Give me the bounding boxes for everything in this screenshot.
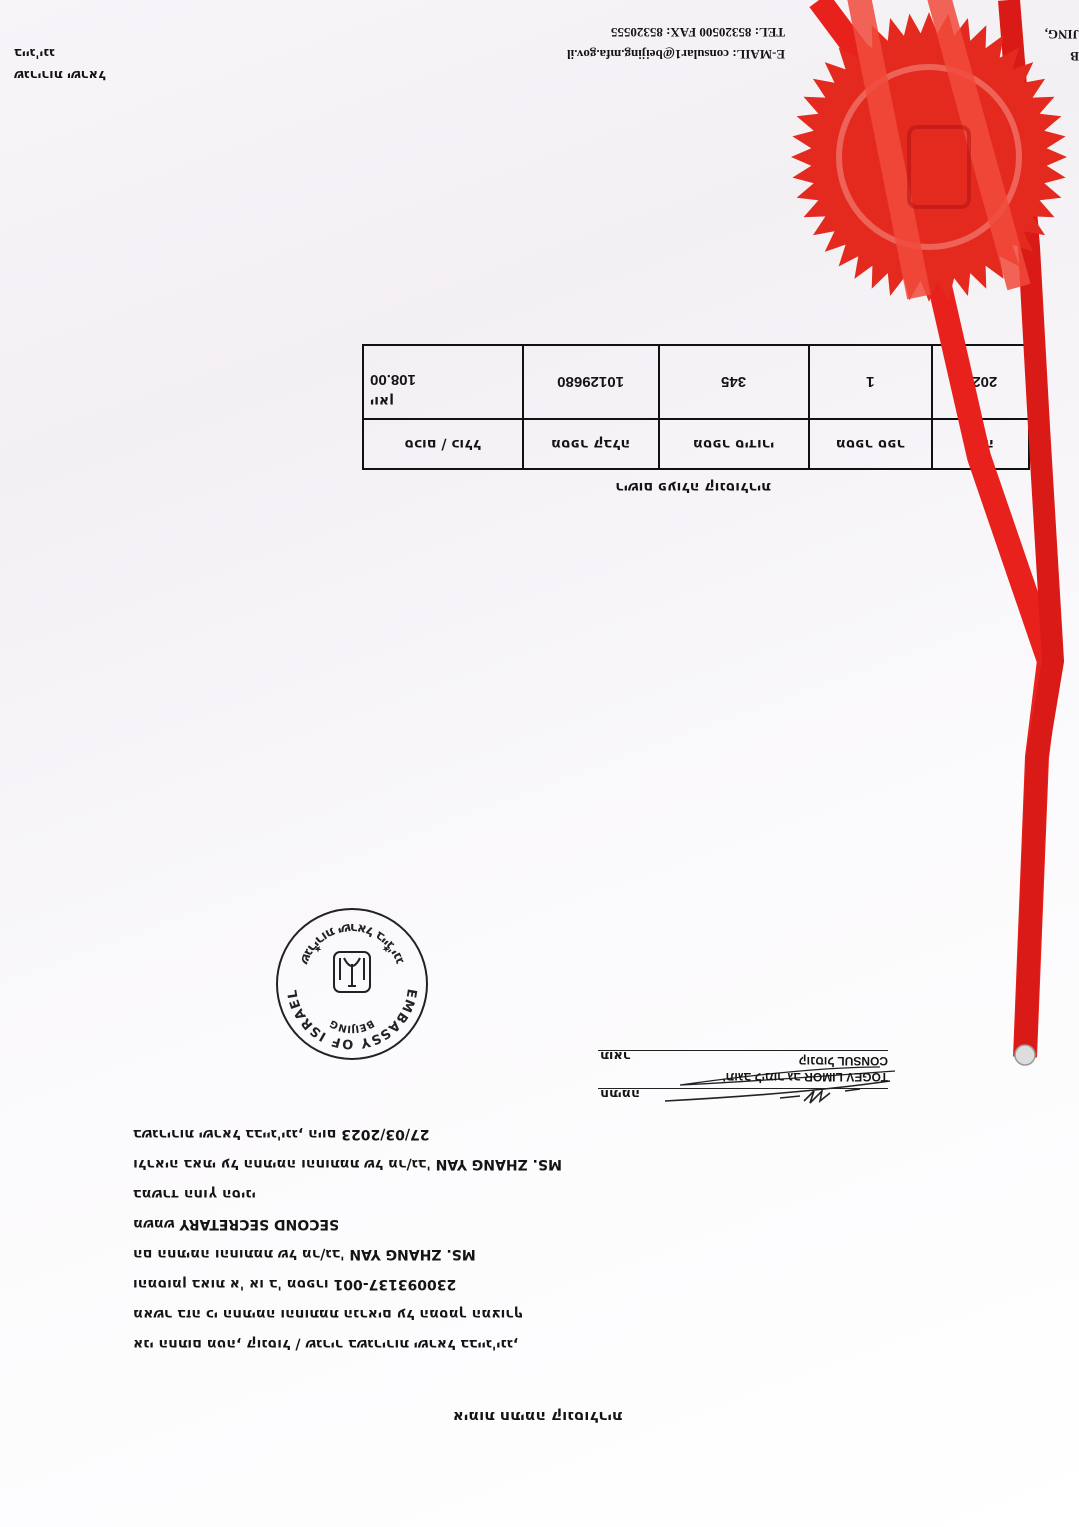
certification-body: אני החתום מטה, קונסול / שגריר בשגרירות י…	[133, 1119, 725, 1359]
svg-text:★: ★	[314, 943, 322, 953]
body-line: הם החתימה והחותמת של מר/גב' MS. ZHANG YA…	[133, 1239, 725, 1269]
corner-line: בייג'ינג	[14, 41, 140, 63]
registration-table: סכום / כולל מספר קבלה מספר סידורי מספר ס…	[362, 344, 1030, 470]
cell-amount: יואן 108.00	[363, 345, 523, 419]
cell-serial: 345	[659, 345, 809, 419]
wax-seal	[789, 0, 1069, 327]
corner-line: שגרירות ישראל	[14, 63, 140, 85]
body-line: בשגרירות ישראל בבייג'ינג, היום 27/03/202…	[133, 1119, 725, 1149]
signer-details: TOGEV LIMOR תוגב לימור גב' CONSUL קונסול	[598, 1053, 888, 1085]
rotated-document-page: אימות חתימה קונסולרית אני החתום מטה, קונ…	[0, 0, 1079, 1527]
embassy-stamp: EMBASSY OF ISRAEL BEIJING שגרירות ישראל …	[276, 908, 428, 1060]
cell-receipt: 10129680	[523, 345, 659, 419]
header-amount: סכום / כולל	[363, 419, 523, 469]
signature-line	[598, 1088, 888, 1089]
email: E-MAIL: consular1@beijing.mfa.gov.il	[500, 43, 785, 65]
table-caption: רישום פעולה קונסולרית	[365, 479, 1021, 495]
corner-hebrew-letterhead: שגרירות ישראל בייג'ינג	[14, 41, 140, 85]
title-line	[598, 1050, 888, 1051]
signer-name: TOGEV LIMOR תוגב לימור גב'	[598, 1069, 888, 1085]
table-row: יואן 108.00 10129680 345 1 2023	[363, 345, 1029, 419]
body-line: במשרד החוץ הסיני	[133, 1179, 725, 1209]
body-line: משמש SECOND SECRETARY	[133, 1209, 725, 1239]
signature-area: חתימה TOGEV LIMOR תוגב לימור גב' CONSUL …	[600, 1029, 960, 1119]
document-title: אימות חתימה קונסולרית	[435, 1408, 640, 1426]
body-line: אני החתום מטה, קונסול / שגריר בשגרירות י…	[133, 1329, 725, 1359]
body-line: מאשר בזה כי החתימה והחותמת הנראים על המס…	[133, 1299, 725, 1329]
contact-info: E-MAIL: consular1@beijing.mfa.gov.il TEL…	[500, 21, 785, 65]
amount-currency: יואן	[370, 390, 516, 412]
header-serial: מספר סידורי	[659, 419, 809, 469]
header-book: מספר ספר	[809, 419, 933, 469]
header-year: שנה	[932, 419, 1029, 469]
body-line: ולראיה באתי על החתימה והחותמת של מר/גב' …	[133, 1149, 725, 1179]
title-label: תואר	[600, 1048, 631, 1063]
signer-title: CONSUL קונסול	[598, 1053, 888, 1069]
signature-label: חתימה	[600, 1086, 640, 1101]
header-receipt: מספר קבלה	[523, 419, 659, 469]
svg-text:EMBASSY OF ISRAEL: EMBASSY OF ISRAEL	[285, 988, 419, 1052]
phone-fax: TEL: 85320500 FAX: 85320555	[500, 21, 785, 43]
cell-year: 2023	[932, 345, 1029, 419]
svg-text:BEIJING: BEIJING	[328, 1017, 376, 1034]
stamp-graphic: EMBASSY OF ISRAEL BEIJING שגרירות ישראל …	[278, 910, 426, 1058]
cell-book: 1	[809, 345, 933, 419]
svg-text:★: ★	[382, 943, 390, 953]
amount-value: 108.00	[370, 368, 516, 390]
body-line: והמסומן באות א' או ב' מספרו 230093137-00…	[133, 1269, 725, 1299]
table-header-row: סכום / כולל מספר קבלה מספר סידורי מספר ס…	[363, 419, 1029, 469]
ribbon-end-bead	[1015, 1045, 1035, 1065]
